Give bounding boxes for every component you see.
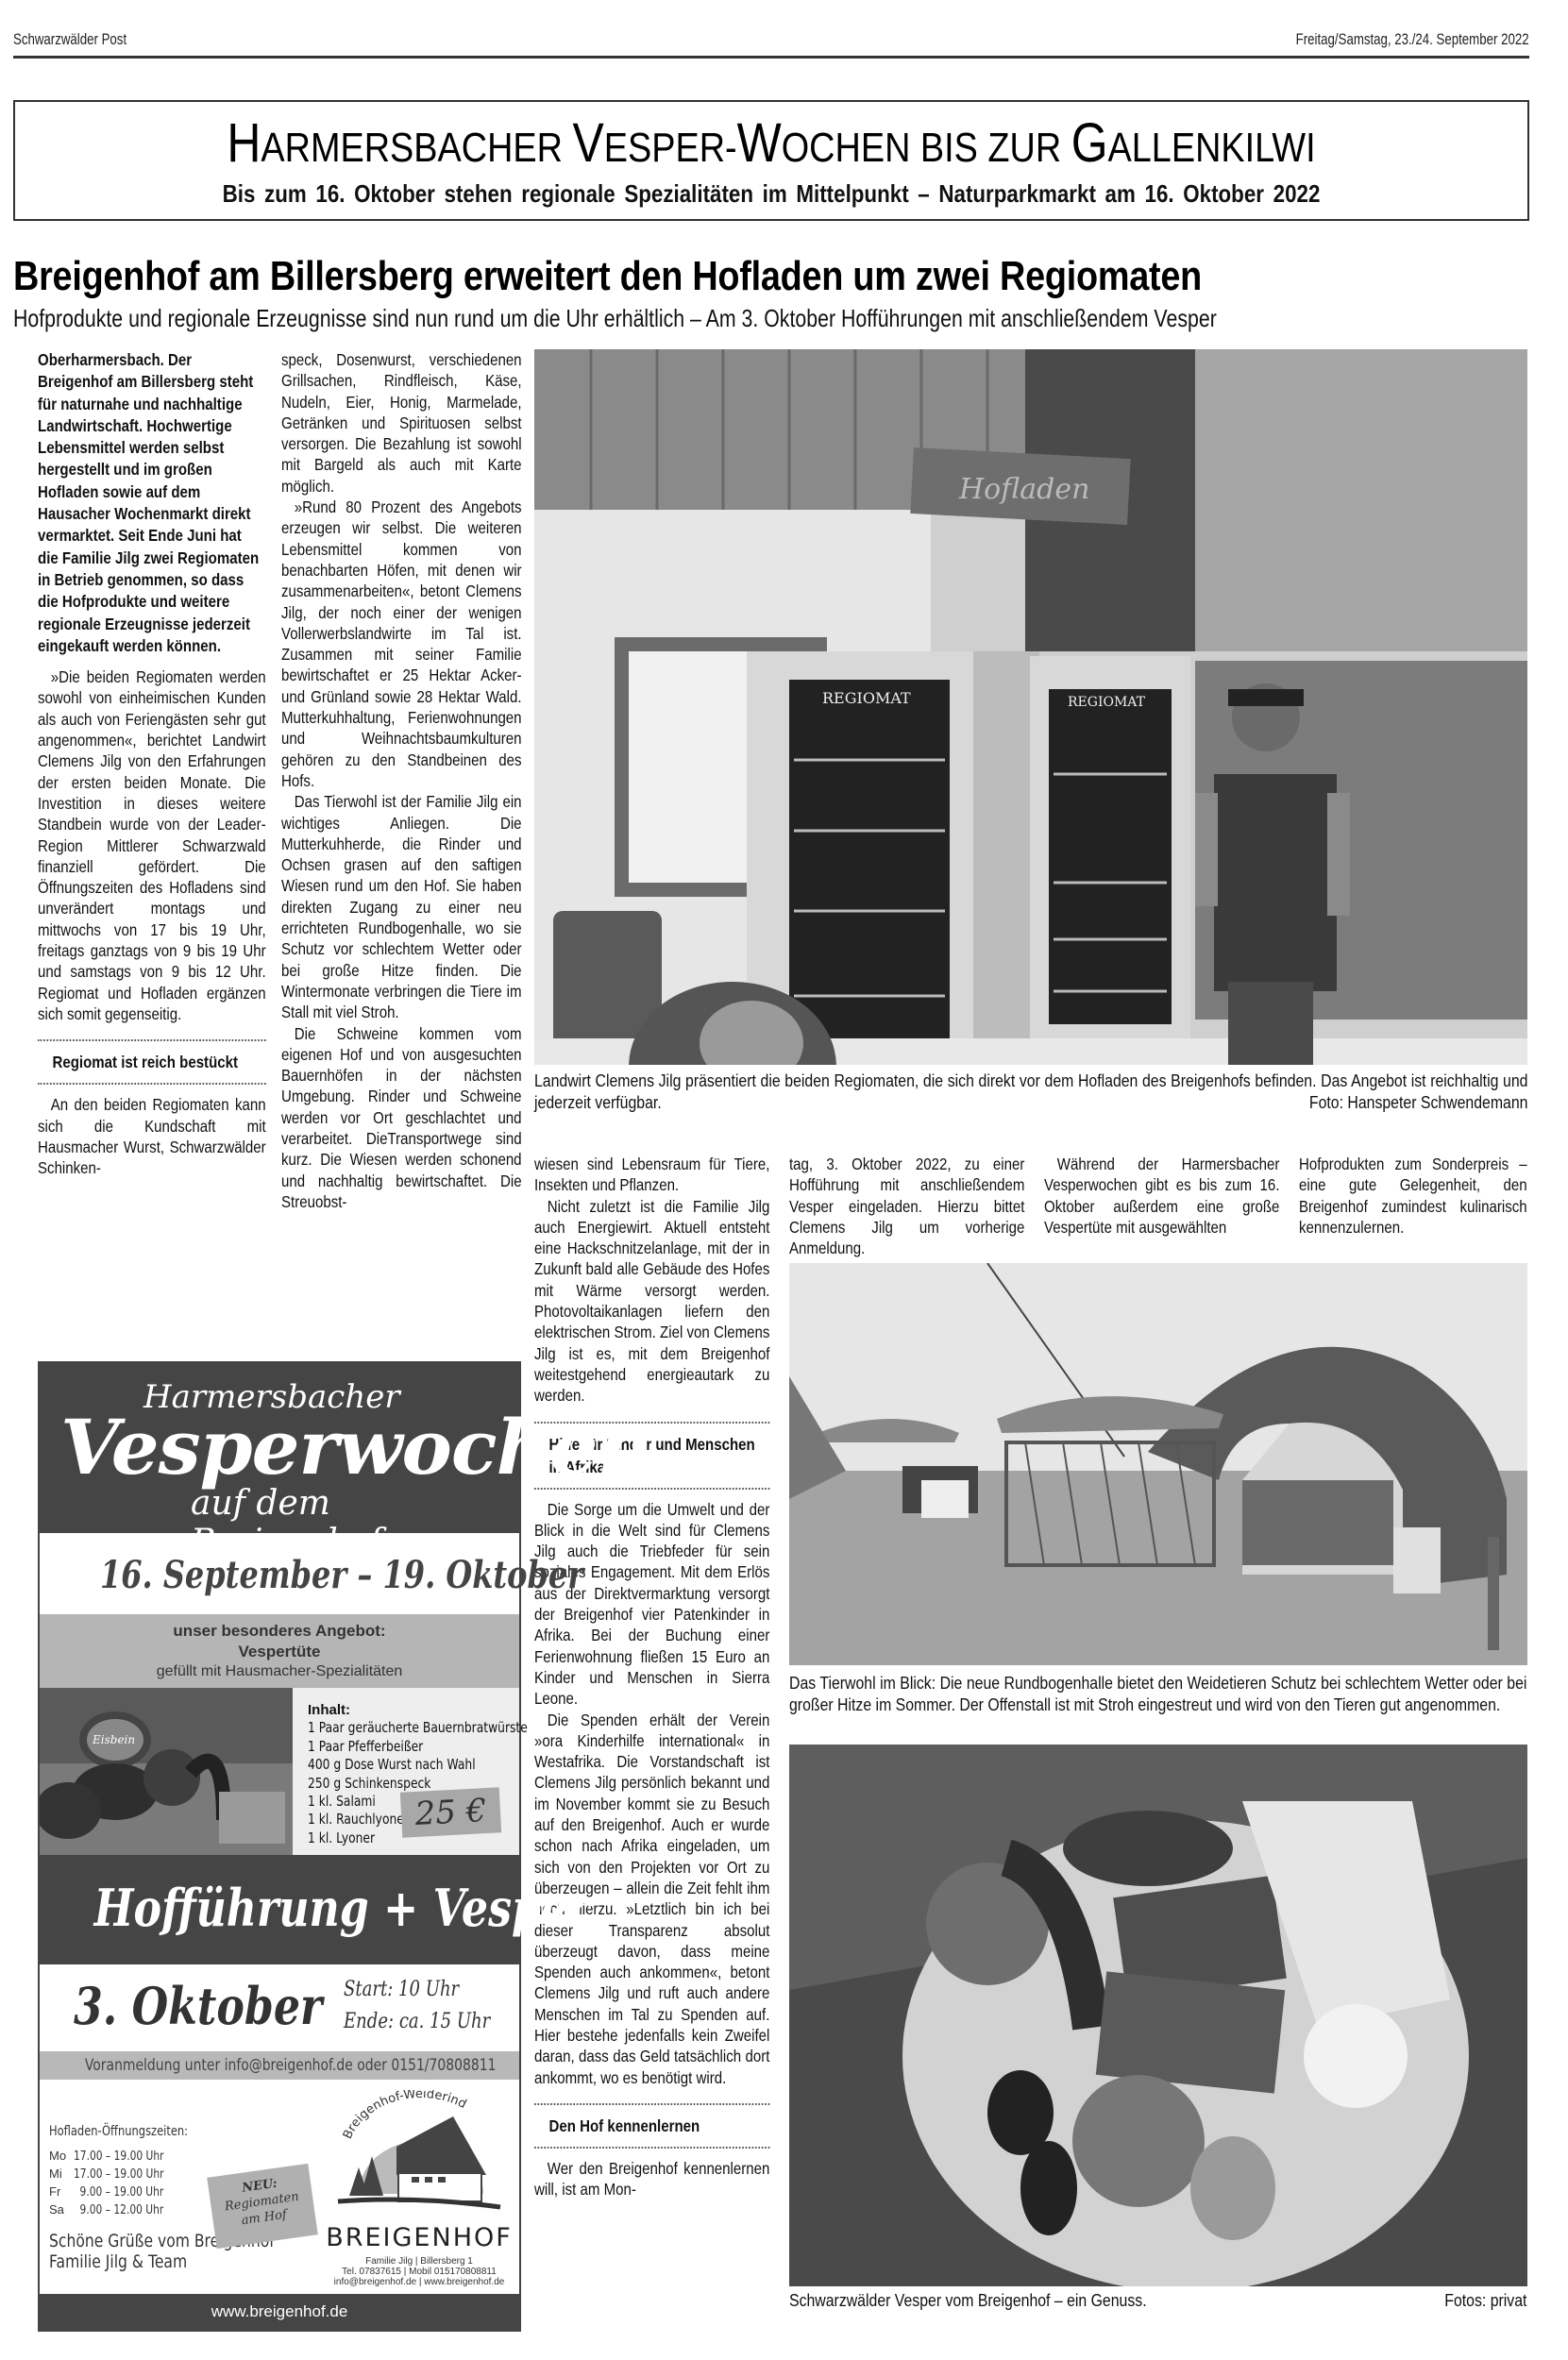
price-tag: 25 € [400, 1787, 501, 1837]
contents-item: 400 g Dose Wurst nach Wahl [308, 1756, 481, 1774]
photo-vesper-caption: Schwarzwälder Vesper vom Breigenhof – ei… [789, 2290, 1526, 2312]
paragraph: wiesen sind Lebensraum für Tiere, Insekt… [534, 1154, 769, 1196]
photo-regiomat-caption: Landwirt Clemens Jilg präsentiert die be… [534, 1070, 1527, 1114]
breigenhof-logo: Breigenhof-Weiderind BREIGENHOF Familie … [321, 2090, 517, 2279]
contents-item: 1 Paar Pfefferbeißer [308, 1738, 481, 1756]
ad-sausage-photo: Eisbein [40, 1688, 293, 1855]
subheading: Den Hof kennenlernen [534, 2103, 769, 2149]
offer-name: Vespertüte [40, 1643, 519, 1661]
svg-text:REGIOMAT: REGIOMAT [822, 689, 911, 707]
hours-row: Mo17.00 – 19.00 Uhr [49, 2148, 295, 2166]
publication-name: Schwarzwälder Post [13, 30, 126, 49]
ad-event-band: Hofführung + Vesper [40, 1855, 519, 1964]
ad-title-band: Harmersbacher Vesperwochen auf dem Breig… [40, 1363, 519, 1533]
vesperwochen-ad: Harmersbacher Vesperwochen auf dem Breig… [38, 1361, 521, 2332]
contents-title: Inhalt: [308, 1701, 519, 1719]
logo-name: BREIGENHOF [321, 2223, 517, 2252]
registration-text: Voranmeldung unter info@breigenhof.de od… [85, 2051, 497, 2080]
logo-web: info@breigenhof.de | www.breigenhof.de [321, 2277, 517, 2287]
series-subtitle: Bis zum 16. Oktober stehen regionale Spe… [121, 179, 1422, 209]
regiomat-image: Hofladen REGIOMAT REGIOMAT Lifteingang L… [534, 349, 1527, 1065]
paragraph: »Rund 80 Prozent des Angebots erzeugen w… [281, 497, 522, 791]
subheading: Regiomat ist reich bestückt [38, 1039, 266, 1085]
ad-registration-band: Voranmeldung unter info@breigenhof.de od… [40, 2051, 519, 2080]
article-column-6: Hofprodukten zum Sonderpreis – eine gute… [1299, 1154, 1527, 1238]
article-lead: Oberharmersbach. Der Breigenhof am Bille… [38, 349, 266, 657]
article-column-3: wiesen sind Lebensraum für Tiere, Insekt… [534, 1154, 769, 2200]
event-end: Ende: ca. 15 Uhr [344, 2010, 490, 2033]
caption-text: Schwarzwälder Vesper vom Breigenhof – ei… [789, 2291, 1147, 2310]
offer-desc: gefüllt mit Hausmacher-Spezialitäten [40, 1663, 519, 1680]
event-date: 3. Oktober [74, 1976, 322, 2036]
article-column-2: speck, Dosenwurst, verschiedenen Grillsa… [281, 349, 522, 1212]
photo-credit: Fotos: privat [1444, 2290, 1526, 2312]
farmhouse-logo-icon: Breigenhof-Weiderind [321, 2090, 517, 2222]
article-headline: Breigenhof am Billersberg erweitert den … [13, 253, 1202, 300]
svg-text:REGIOMAT: REGIOMAT [1068, 695, 1146, 710]
greeting-team: Familie Jilg & Team [49, 2251, 250, 2272]
ad-event-date-row: 3. Oktober Start: 10 Uhr Ende: ca. 15 Uh… [40, 1964, 519, 2051]
issue-date: Freitag/Samstag, 23./24. September 2022 [1296, 30, 1529, 49]
ad-offer-band: unser besonderes Angebot: Vespertüte gef… [40, 1614, 519, 1688]
svg-text:Eisbein: Eisbein [92, 1733, 135, 1746]
sausage-image: Eisbein [40, 1688, 293, 1855]
svg-text:Hofladen: Hofladen [958, 473, 1089, 506]
photo-vesper [789, 1745, 1527, 2286]
hours-title: Hofladen-Öffnungszeiten: [49, 2123, 250, 2140]
photo-stall-caption: Das Tierwohl im Blick: Die neue Rundboge… [789, 1673, 1526, 1716]
contents-item: 1 Paar geräucherte Bauernbratwürste [308, 1719, 481, 1737]
event-title: Hofführung + Vesper [94, 1855, 590, 1961]
stall-image [789, 1263, 1527, 1665]
paragraph: Das Tierwohl ist der Familie Jilg ein wi… [281, 791, 522, 1022]
photo-credit: Foto: Hanspeter Schwendemann [1309, 1092, 1528, 1114]
offer-intro: unser besonderes Angebot: [40, 1622, 519, 1641]
paragraph: tag, 3. Oktober 2022, zu einer Hofführun… [789, 1154, 1024, 1258]
paragraph: Während der Harmersbacher Vesperwochen g… [1044, 1154, 1279, 1238]
series-title: HARMERSBACHER VESPER-WOCHEN BIS ZUR GALL… [121, 111, 1422, 175]
paragraph: Nicht zuletzt ist die Familie Jilg auch … [534, 1196, 769, 1407]
series-banner: HARMERSBACHER VESPER-WOCHEN BIS ZUR GALL… [13, 100, 1529, 221]
article-column-5: Während der Harmersbacher Vesperwochen g… [1044, 1154, 1279, 1238]
paragraph: speck, Dosenwurst, verschiedenen Grillsa… [281, 349, 522, 497]
vesper-image [789, 1745, 1527, 2286]
photo-regiomat: Hofladen REGIOMAT REGIOMAT Lifteingang L… [534, 349, 1527, 1065]
ad-dates: 16. September – 19. Oktober [40, 1541, 519, 1614]
running-head: Schwarzwälder Post Freitag/Samstag, 23./… [13, 30, 1529, 59]
logo-phone: Tel. 07837615 | Mobil 015170808811 [321, 2267, 517, 2277]
article-dek: Hofprodukte und regionale Erzeugnisse si… [13, 304, 1217, 333]
ad-title: Vesperwochen [60, 1403, 651, 1492]
paragraph: Hofprodukten zum Sonderpreis – eine gute… [1299, 1154, 1527, 1238]
footer-url[interactable]: www.breigenhof.de [211, 2302, 348, 2320]
logo-address: Familie Jilg | Billersberg 1 [321, 2256, 517, 2267]
event-start: Start: 10 Uhr [344, 1978, 459, 2001]
ad-footer-band: www.breigenhof.de [40, 2294, 519, 2330]
article-column-4: tag, 3. Oktober 2022, zu einer Hofführun… [789, 1154, 1024, 1258]
paragraph: »Die beiden Regiomaten werden sowohl von… [38, 666, 266, 1024]
paragraph: Die Schweine kommen vom eigenen Hof und … [281, 1023, 522, 1213]
paragraph: Wer den Breigenhof kennenlernen will, is… [534, 2158, 769, 2200]
new-regiomat-badge: NEU: Regiomaten am Hof [207, 2164, 318, 2249]
ad-contents: Inhalt: 1 Paar geräucherte Bauernbratwür… [293, 1688, 519, 1855]
photo-stall [789, 1263, 1527, 1665]
article-column-1: Oberharmersbach. Der Breigenhof am Bille… [38, 349, 266, 1178]
paragraph: An den beiden Regiomaten kann sich die K… [38, 1094, 266, 1178]
